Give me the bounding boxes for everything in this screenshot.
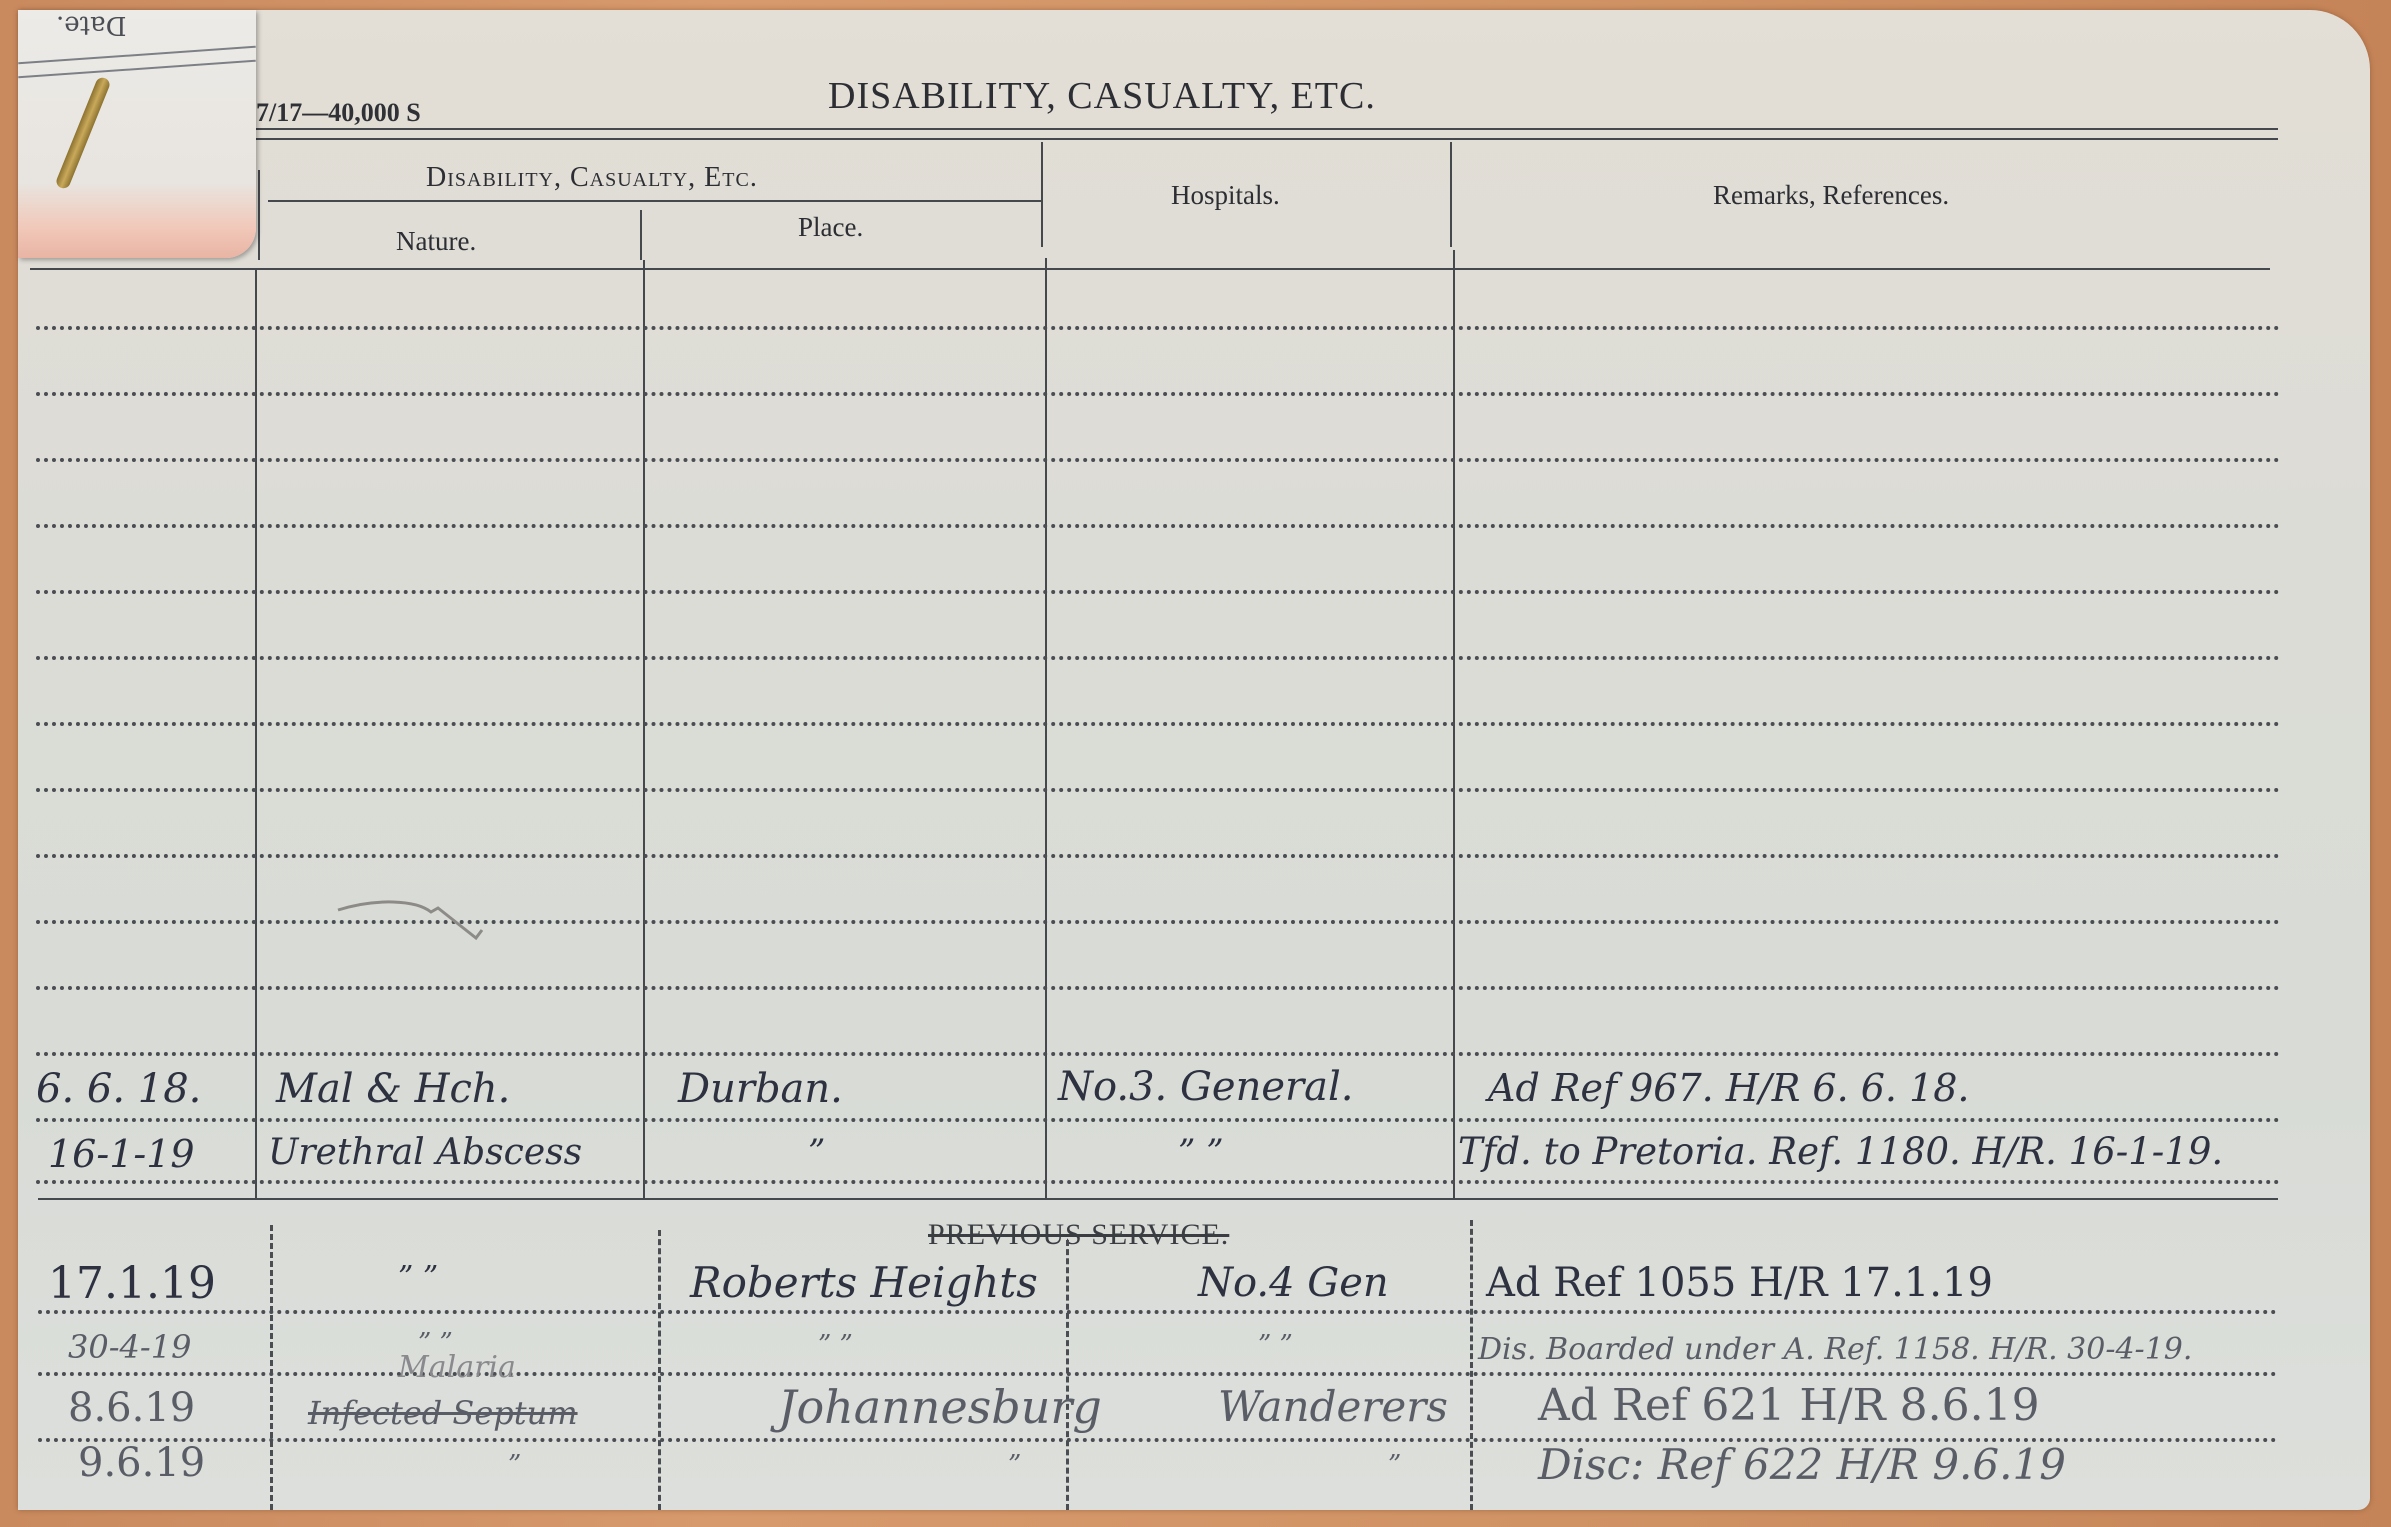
column-divider-dashed (658, 1230, 661, 1510)
entry-nature: Mal & Hch. (276, 1066, 510, 1112)
prev-remarks: Ad Ref 621 H/R 8.6.19 (1538, 1380, 2040, 1431)
ruled-line (36, 986, 2281, 990)
prev-nature-correction: Malaria (398, 1350, 516, 1385)
header-divider (1041, 142, 1043, 247)
prev-hospital: ” ” (1258, 1330, 1293, 1360)
ruled-line (38, 1372, 2278, 1376)
prev-remarks: Ad Ref 1055 H/R 17.1.19 (1486, 1260, 1993, 1306)
header-place: Place. (798, 212, 863, 243)
entry-date: 16-1-19 (48, 1132, 195, 1176)
previous-service-label: PREVIOUS SERVICE. (928, 1218, 1229, 1252)
group-header-rule (268, 200, 1043, 202)
column-divider-nature (643, 260, 645, 1198)
ruled-line (36, 1180, 2281, 1184)
ruled-line (36, 590, 2281, 594)
ruled-line (36, 392, 2281, 396)
entry-remarks: Ad Ref 967. H/R 6. 6. 18. (1488, 1066, 1970, 1110)
prev-nature: ” ” (398, 1260, 438, 1295)
column-divider-date (255, 268, 257, 1198)
prev-place: Johannesburg (778, 1380, 1102, 1434)
entry-nature: Urethral Abscess (268, 1132, 582, 1173)
prev-nature-struck: Infected Septum (308, 1394, 578, 1432)
ruled-line (36, 1052, 2281, 1056)
form-number: 7/17—40,000 S (256, 98, 421, 128)
prev-hospital: Wanderers (1218, 1382, 1448, 1431)
prev-remarks: Disc: Ref 622 H/R 9.6.19 (1538, 1440, 2066, 1489)
tag-rule (18, 60, 256, 79)
pencil-arrow-mark-icon (336, 894, 486, 944)
ruled-line (36, 722, 2281, 726)
header-top-rule (238, 128, 2278, 130)
entry-date: 6. 6. 18. (36, 1066, 201, 1112)
entry-place: Durban. (678, 1066, 843, 1112)
ruled-line (36, 458, 2281, 462)
header-nature: Nature. (396, 226, 476, 257)
ruled-line (36, 1118, 2281, 1122)
prev-place: ” ” (818, 1330, 853, 1360)
ruled-line (36, 326, 2281, 330)
prev-hospital: No.4 Gen (1198, 1260, 1389, 1306)
form-title: DISABILITY, CASUALTY, ETC. (828, 74, 1376, 118)
ruled-line (38, 1310, 2278, 1314)
entry-remarks: Tfd. to Pretoria. Ref. 1180. H/R. 16-1-1… (1458, 1130, 2223, 1173)
column-divider-dashed (1470, 1220, 1473, 1510)
ruled-line (36, 656, 2281, 660)
prev-hospital: ” (1388, 1450, 1401, 1480)
prev-remarks: Dis. Boarded under A. Ref. 1158. H/R. 30… (1478, 1332, 2192, 1367)
header-top-rule (238, 138, 2278, 140)
entry-place: ” (808, 1132, 825, 1172)
section-rule (38, 1198, 2278, 1200)
header-divider (258, 170, 260, 260)
prev-date: 8.6.19 (68, 1385, 195, 1431)
ruled-line (36, 788, 2281, 792)
tag-date-label: Date. (56, 10, 126, 40)
record-card: Date. 7/17—40,000 S DISABILITY, CASUALTY… (18, 10, 2370, 1510)
header-bottom-rule (30, 268, 2270, 270)
entry-hospital: ” ” (1178, 1132, 1224, 1172)
header-hospitals: Hospitals. (1171, 180, 1280, 211)
column-divider-dashed (270, 1225, 273, 1510)
prev-place: Roberts Heights (690, 1258, 1038, 1307)
entry-hospital: No.3. General. (1058, 1064, 1354, 1110)
header-remarks: Remarks, References. (1713, 180, 1949, 211)
column-divider-place (1045, 258, 1047, 1198)
header-group-label: Disability, Casualty, Etc. (426, 162, 758, 194)
ruled-line (36, 524, 2281, 528)
prev-date: 17.1.19 (48, 1258, 216, 1309)
prev-date: 30-4-19 (68, 1328, 191, 1366)
pinned-tag: Date. (18, 10, 256, 258)
ruled-line (36, 854, 2281, 858)
brass-pin-icon (54, 76, 111, 191)
header-divider (1450, 142, 1452, 247)
header-divider (640, 210, 642, 260)
prev-date: 9.6.19 (78, 1440, 205, 1486)
prev-nature: ” (508, 1450, 521, 1480)
prev-place: ” (1008, 1450, 1021, 1480)
